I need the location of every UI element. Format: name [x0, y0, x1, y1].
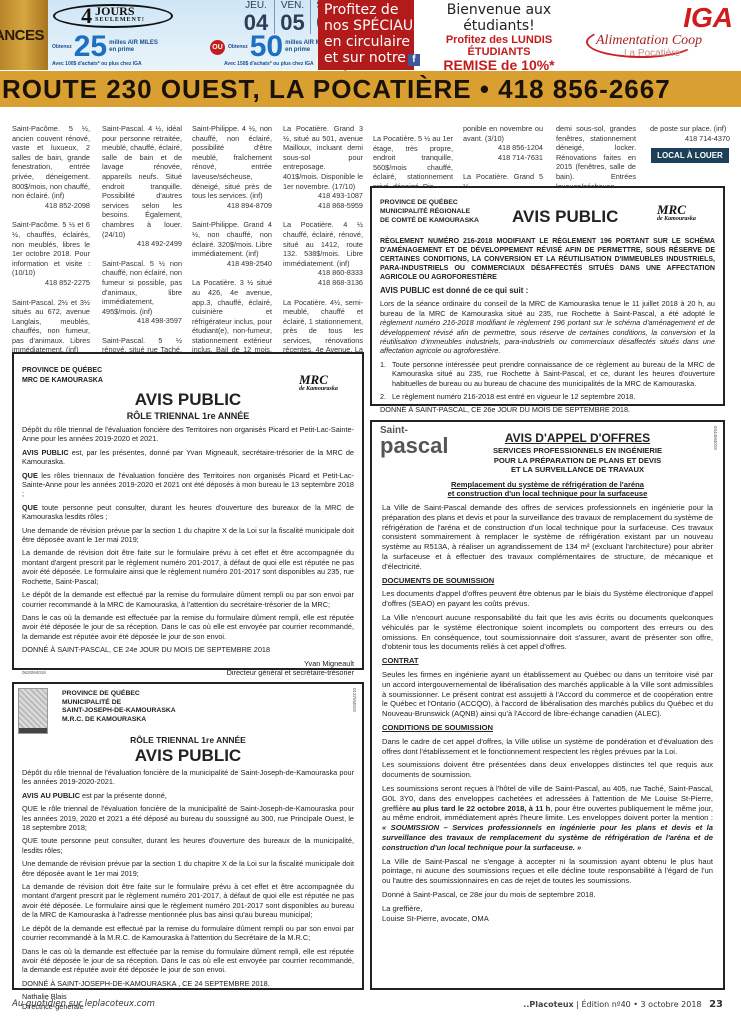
notice-given: DONNÉ À SAINT-PASCAL, CE 24e JOUR DU MOI… [22, 645, 354, 654]
notice-subtitle: RÔLE TRIENNAL 1re ANNÉE [22, 410, 354, 423]
saint-pascal-logo: Saint-pascal [380, 426, 449, 456]
specials-panel: Profitez de nos SPÉCIAUX en circulaire e… [318, 0, 414, 70]
notice-intro: AVIS PUBLIC est donné de ce qui suit : [380, 286, 715, 295]
notice-signer: Louise St-Pierre, avocate, OMA [382, 914, 713, 924]
offer-25-miles: Obtenez 25 milles AIR MILES en prime [52, 34, 159, 60]
day-fri: VEN.05 [274, 0, 310, 34]
mrc-kamouraska-logo: MRCde Kamouraska [299, 372, 338, 392]
placoteux-logo: ..Placoteux [523, 1000, 573, 1009]
notice-given: DONNÉ À SAINT-JOSEPH-DE-KAMOURASKA , CE … [22, 979, 354, 988]
student-promo: Bienvenue aux étudiants! Profitez des LU… [414, 0, 584, 70]
iga-ad-banner: ANCES 4 JOURSSEULEMENT! JEU.04 VEN.05 SA… [0, 0, 741, 70]
notice-subtitle: RÔLE TRIENNAL 1re ANNÉE [22, 734, 354, 746]
mrc-kamouraska-logo: MRCde Kamouraska [657, 202, 696, 222]
four-days-badge: 4 JOURSSEULEMENT! [53, 4, 173, 28]
notice-mrc-role-triennal: PROVINCE DE QUÉBEC MRC DE KAMOURASKA MRC… [12, 352, 364, 670]
banner-left-partial: ANCES [0, 0, 48, 70]
notice-mrc-reglement: PROVINCE DE QUÉBEC MUNICIPALITÉ RÉGIONAL… [370, 186, 725, 406]
notice-title: AVIS PUBLIC [22, 390, 354, 410]
store-logo: IGA Alimentation Coop La Pocatière [584, 0, 741, 70]
notice-given: Donné à Saint-Pascal, ce 28e jour du moi… [382, 890, 713, 900]
page-number: 23 [709, 999, 723, 1010]
notice-header: PROVINCE DE QUÉBEC MUNICIPALITÉ DE SAINT… [62, 690, 354, 724]
section-documents: DOCUMENTS DE SOUMISSION [382, 576, 713, 586]
project-title: Remplacement du système de réfrigération… [382, 480, 713, 500]
saint-joseph-logo [18, 688, 48, 734]
notice-title: AVIS PUBLIC [512, 212, 618, 221]
notice-title: AVIS PUBLIC [22, 746, 354, 766]
notice-body: Lors de la séance ordinaire du conseil d… [380, 299, 715, 355]
notice-saint-joseph: 0137M4018 PROVINCE DE QUÉBEC MUNICIPALIT… [12, 682, 364, 990]
iga-promo: 4 JOURSSEULEMENT! JEU.04 VEN.05 SAM.06 D… [48, 0, 318, 70]
notice-signer-title: Directeur général et secrétaire-trésorie… [227, 668, 354, 677]
iga-logo: IGA [683, 2, 733, 34]
notice-signer-title: La greffière, [382, 904, 713, 914]
ad-code: 0344M4018 [710, 426, 720, 450]
notice-title: AVIS D'APPEL D'OFFRES [442, 430, 713, 446]
section-conditions: CONDITIONS DE SOUMISSION [382, 723, 713, 733]
notice-given: DONNÉ À SAINT-PASCAL, CE 26e JOUR DU MOI… [380, 405, 715, 414]
day-thu: JEU.04 [238, 0, 274, 34]
notice-subject: RÈGLEMENT NUMÉRO 216-2018 MODIFIANT LE R… [380, 237, 715, 282]
local-a-louer-heading: LOCAL À LOUER [651, 148, 729, 163]
facebook-icon[interactable]: f [408, 54, 420, 66]
ad-code: 0620M4018 [22, 668, 46, 677]
edition-info: | Édition nº40 • 3 octobre 2018 [576, 1000, 701, 1009]
section-contract: CONTRAT [382, 656, 713, 666]
store-address-bar: ROUTE 230 OUEST, LA POCATIÈRE • 418 856-… [0, 71, 741, 107]
page-footer: ..Placoteux | Édition nº40 • 3 octobre 2… [523, 999, 723, 1010]
notice-subtitle: SERVICES PROFESSIONNELS EN INGÉNIERIE PO… [442, 446, 713, 475]
notice-item-2: 2.Le règlement numéro 216-2018 est entré… [380, 392, 715, 401]
notice-signer: Yvan Migneault [22, 659, 354, 668]
notice-item-1: 1.Toute personne intéressée peut prendre… [380, 360, 715, 388]
website-link[interactable]: Au quotidien sur leplacoteux.com [12, 999, 155, 1009]
ad-code: 0137M4018 [350, 688, 359, 712]
or-badge: OU [210, 40, 225, 55]
notice-saint-pascal-appel-offres: Saint-pascal 0344M4018 AVIS D'APPEL D'OF… [370, 420, 725, 990]
classified-column-1: Saint-Pacôme. 5 ½, ancien couvent rénové… [12, 124, 90, 384]
